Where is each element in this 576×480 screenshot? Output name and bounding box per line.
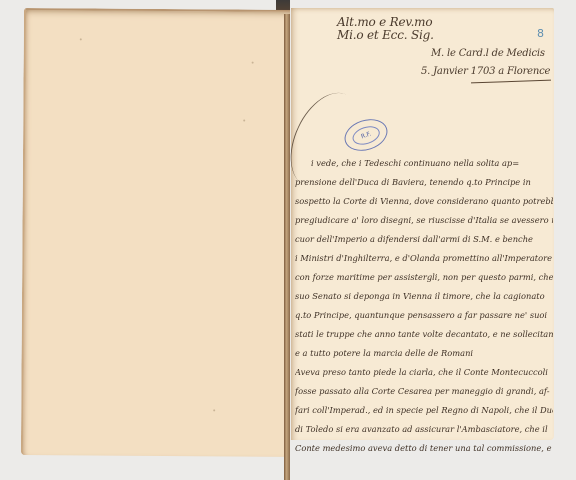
letter-line: fosse passato alla Corte Cesarea per man…	[295, 386, 553, 396]
left-page-blank	[21, 8, 290, 457]
book-binding	[284, 14, 290, 480]
paper-speck	[213, 409, 215, 411]
letter-line: fari coll'Imperad., ed in specie pel Reg…	[295, 405, 553, 415]
letter-line: i vede, che i Tedeschi continuano nella …	[311, 158, 569, 168]
salutation-address: Alt.mo e Rev.mo Mi.o et Ecc. Sig.	[337, 16, 434, 42]
folio-number: 8	[537, 27, 544, 40]
letter-line: i Ministri d'Inghilterra, e d'Olanda pro…	[295, 253, 553, 263]
letter-line: Aveva preso tanto piede la ciarla, che i…	[295, 367, 553, 377]
letter-line: di Toledo si era avanzato ad assicurar l…	[295, 424, 553, 434]
right-page-letter: 8 Alt.mo e Rev.mo Mi.o et Ecc. Sig. M. l…	[291, 8, 554, 440]
letter-line: suo Senato si deponga in Vienna il timor…	[295, 291, 553, 301]
dateline: 5. Janvier 1703 a Florence	[421, 66, 550, 77]
letter-line: pregiudicare a' loro disegni, se riuscis…	[295, 215, 553, 225]
recipient-line: M. le Card.l de Medicis	[431, 48, 545, 59]
letter-line: e a tutto potere la marcia delle de Roma…	[295, 348, 553, 358]
letter-line: sospetto la Corte di Vienna, dove consid…	[295, 196, 553, 206]
paper-speck	[243, 120, 245, 122]
letter-line: con forze maritime per assistergli, non …	[295, 272, 553, 282]
letter-line: q.to Principe, quantunque pensassero a f…	[295, 310, 553, 320]
manuscript-spread: 8 Alt.mo e Rev.mo Mi.o et Ecc. Sig. M. l…	[0, 0, 576, 480]
address-line-2: Mi.o et Ecc. Sig.	[337, 29, 434, 42]
letter-line: Conte medesimo aveva detto di tener una …	[295, 443, 553, 453]
stamp-monogram: R.F.	[350, 123, 382, 148]
letter-line: stati le truppe che anno tante volte dec…	[295, 329, 553, 339]
dateline-underline	[471, 80, 551, 84]
paper-speck	[252, 62, 254, 64]
paper-speck	[80, 38, 82, 40]
letter-line: cuor dell'Imperio a difendersi dall'armi…	[295, 234, 553, 244]
letter-line: prensione dell'Duca di Baviera, tenendo …	[295, 177, 553, 187]
